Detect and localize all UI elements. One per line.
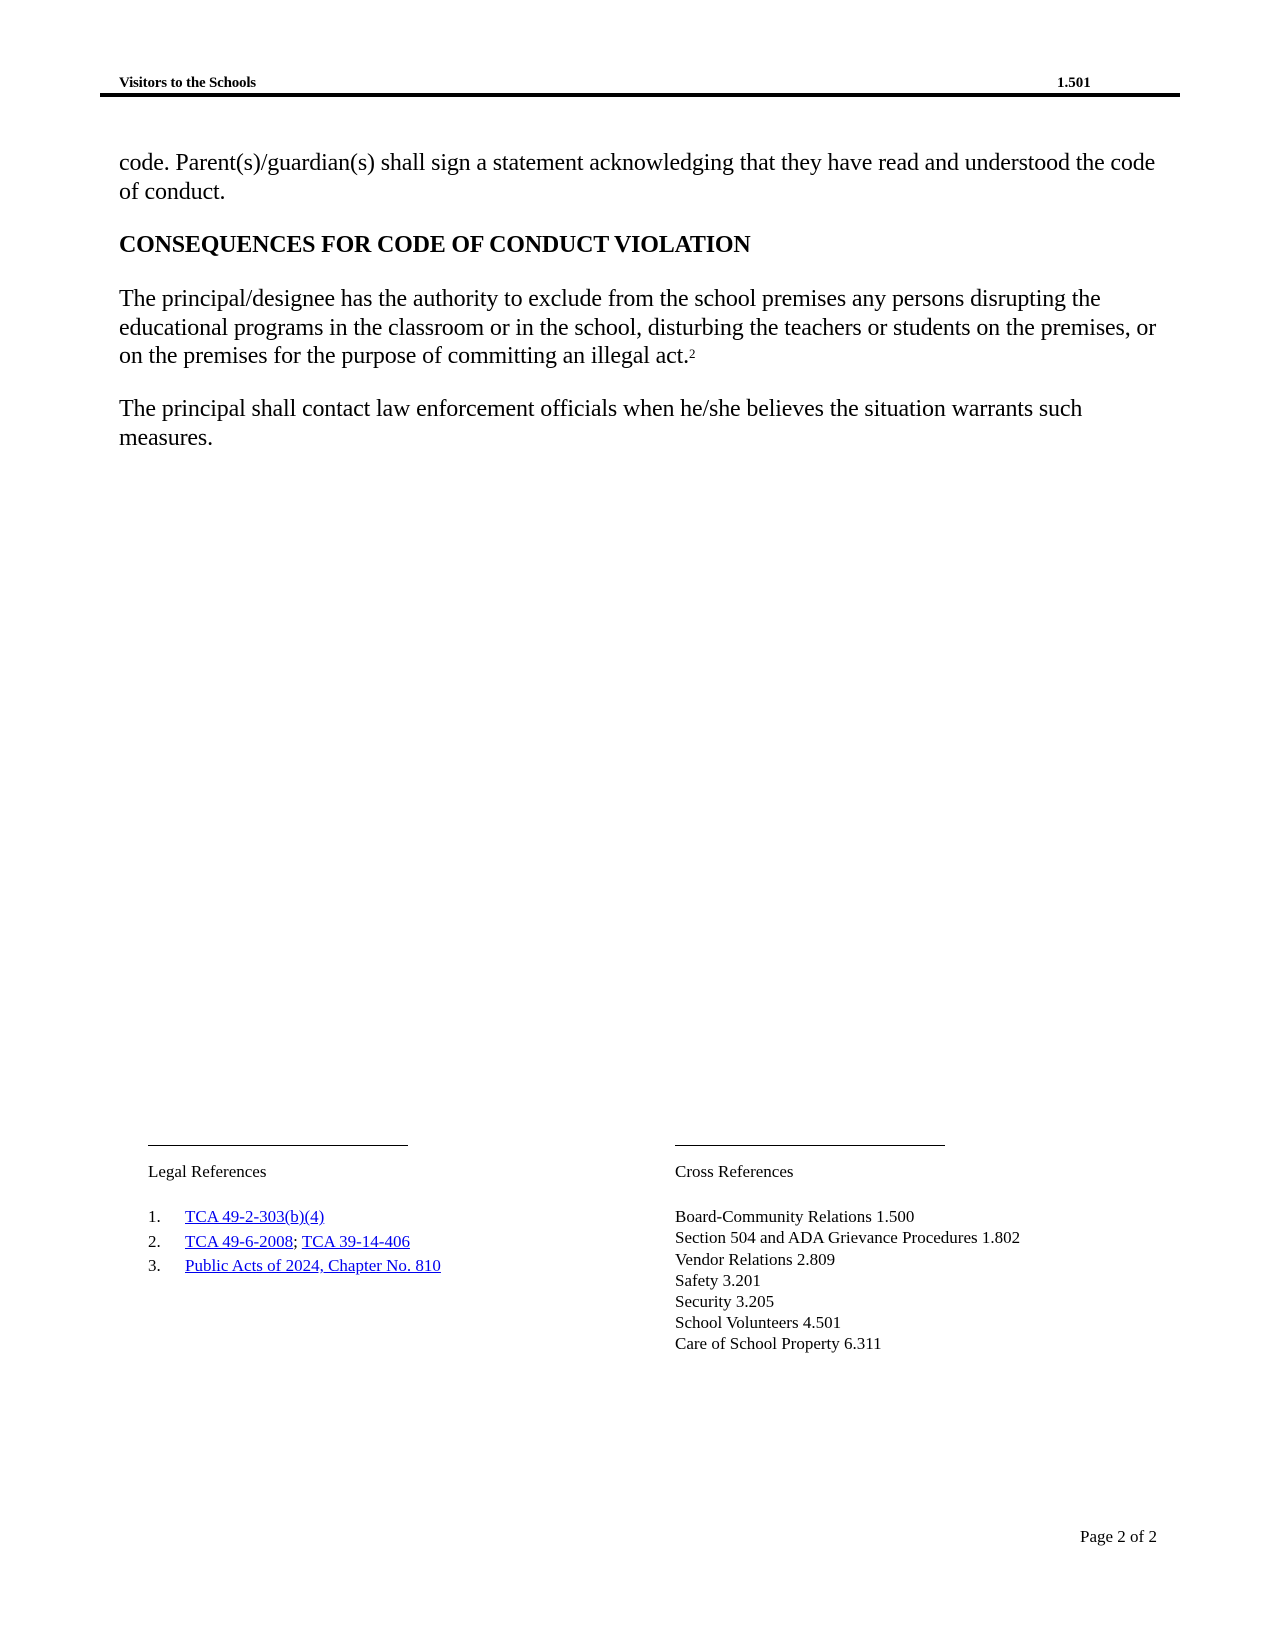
cross-references-list: Board-Community Relations 1.500 Section … — [675, 1206, 1195, 1354]
page-number: Page 2 of 2 — [1080, 1527, 1157, 1547]
legal-reference-number: 2. — [148, 1231, 185, 1252]
legal-reference-link[interactable]: Public Acts of 2024, Chapter No. 810 — [185, 1255, 441, 1276]
cross-reference-item: Section 504 and ADA Grievance Procedures… — [675, 1227, 1195, 1248]
legal-reference-item: 3. Public Acts of 2024, Chapter No. 810 — [148, 1255, 628, 1280]
legal-reference-item: 2. TCA 49-6-2008; TCA 39-14-406 — [148, 1231, 628, 1256]
section-heading-consequences: CONSEQUENCES FOR CODE OF CONDUCT VIOLATI… — [119, 232, 750, 259]
legal-reference-link[interactable]: TCA 49-6-2008 — [185, 1232, 293, 1251]
cross-reference-item: Security 3.205 — [675, 1291, 1195, 1312]
cross-reference-item: Board-Community Relations 1.500 — [675, 1206, 1195, 1227]
cross-reference-item: Vendor Relations 2.809 — [675, 1249, 1195, 1270]
legal-references-section: Legal References 1. TCA 49-2-303(b)(4) 2… — [148, 1135, 628, 1280]
cross-reference-item: School Volunteers 4.501 — [675, 1312, 1195, 1333]
paragraph-exclusion-authority: The principal/designee has the authority… — [119, 285, 1159, 371]
legal-references-divider — [148, 1145, 408, 1147]
legal-references-title: Legal References — [148, 1161, 628, 1182]
legal-reference-link[interactable]: TCA 49-2-303(b)(4) — [185, 1206, 324, 1227]
cross-references-divider — [675, 1145, 945, 1147]
legal-reference-number: 1. — [148, 1206, 185, 1227]
paragraph-code-acknowledgment: code. Parent(s)/guardian(s) shall sign a… — [119, 149, 1159, 206]
cross-references-title: Cross References — [675, 1161, 1195, 1182]
header-rule — [100, 93, 1180, 97]
legal-references-list: 1. TCA 49-2-303(b)(4) 2. TCA 49-6-2008; … — [148, 1206, 628, 1280]
legal-reference-link[interactable]: TCA 39-14-406 — [302, 1232, 410, 1251]
cross-reference-item: Safety 3.201 — [675, 1270, 1195, 1291]
legal-reference-number: 3. — [148, 1255, 185, 1276]
link-separator: ; — [293, 1232, 302, 1251]
paragraph-law-enforcement: The principal shall contact law enforcem… — [119, 395, 1159, 452]
policy-number: 1.501 — [1057, 75, 1091, 92]
legal-reference-item: 1. TCA 49-2-303(b)(4) — [148, 1206, 628, 1231]
cross-reference-item: Care of School Property 6.311 — [675, 1333, 1195, 1354]
paragraph-exclusion-text: The principal/designee has the authority… — [119, 286, 1156, 369]
footnote-marker: 2 — [689, 346, 695, 361]
page-header: Visitors to the Schools 1.501 — [100, 0, 1180, 100]
cross-references-section: Cross References Board-Community Relatio… — [675, 1135, 1195, 1355]
header-title: Visitors to the Schools — [119, 75, 256, 92]
